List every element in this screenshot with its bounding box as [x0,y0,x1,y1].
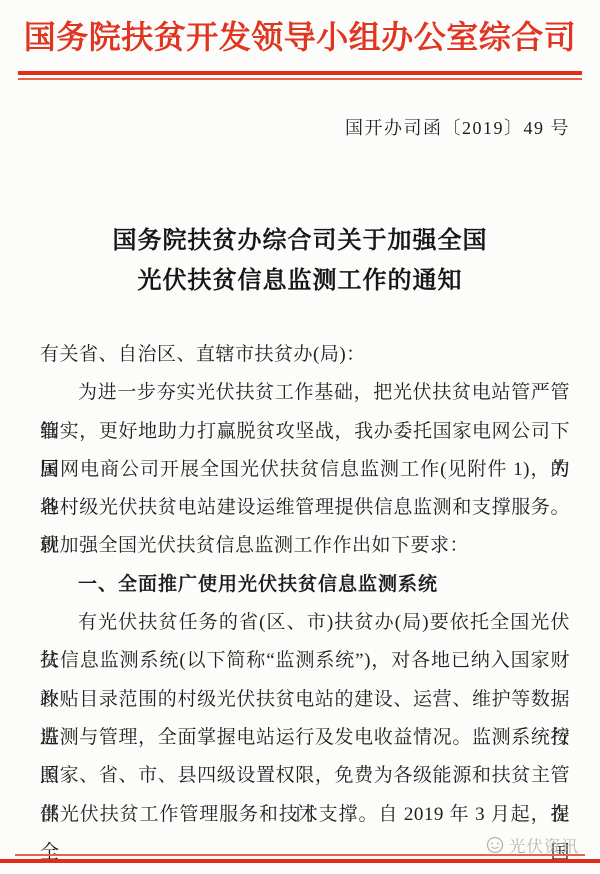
body-line: 供光伏扶贫工作管理服务和技术支撑。自 2019 年 3 月起，在全国 [40,796,570,834]
body-line: 贫信息监测系统(以下简称“监测系统”)，对各地已纳入国家财政 [40,642,570,680]
body-line: 国网电商公司开展全国光伏扶贫信息监测工作(见附件 1)，为各 [40,451,570,489]
letterhead-issuer-title: 国务院扶贫开发领导小组办公室综合司 [0,12,600,58]
smiley-chat-logo-icon [485,835,505,855]
document-title: 国务院扶贫办综合司关于加强全国 光伏扶贫信息监测工作的通知 [0,221,600,301]
body-line: 监测与管理，全面掌握电站运行及发电收益情况。监测系统按照 [40,719,570,757]
document-title-line2: 光伏扶贫信息监测工作的通知 [0,261,600,301]
footer-divider-thin [15,854,585,856]
section-heading: 一、全面推广使用光伏扶贫信息监测系统 [40,566,570,604]
body-line: 有光伏扶贫任务的省(区、市)扶贫办(局)要依托全国光伏扶 [40,604,570,642]
document-body: 有关省、自治区、直辖市扶贫办(局)： 为进一步夯实光伏扶贫工作基础，把光伏扶贫电… [40,336,570,834]
body-line: 国家、省、市、县四级设置权限，免费为各级能源和扶贫主管部门提 [40,757,570,795]
letterhead-divider-thick [18,71,582,75]
body-line: 补贴目录范围的村级光伏扶贫电站的建设、运营、维护等数据进行 [40,681,570,719]
body-line: 管实，更好地助力打赢脱贫攻坚战，我办委托国家电网公司下属的 [40,413,570,451]
body-line: 为进一步夯实光伏扶贫工作基础，把光伏扶贫电站管严管细 [40,374,570,412]
salutation-line: 有关省、自治区、直辖市扶贫办(局)： [40,336,570,374]
body-line: 地村级光伏扶贫电站建设运维管理提供信息监测和支撑服务。现 [40,489,570,527]
official-document-page: 国务院扶贫开发领导小组办公室综合司 国开办司函〔2019〕49 号 国务院扶贫办… [0,0,600,874]
footer-divider-thick [0,859,600,864]
body-line: 就加强全国光伏扶贫信息监测工作作出如下要求： [40,527,570,565]
document-number: 国开办司函〔2019〕49 号 [345,114,570,140]
document-title-line1: 国务院扶贫办综合司关于加强全国 [0,221,600,261]
letterhead-divider-thin [18,78,582,80]
